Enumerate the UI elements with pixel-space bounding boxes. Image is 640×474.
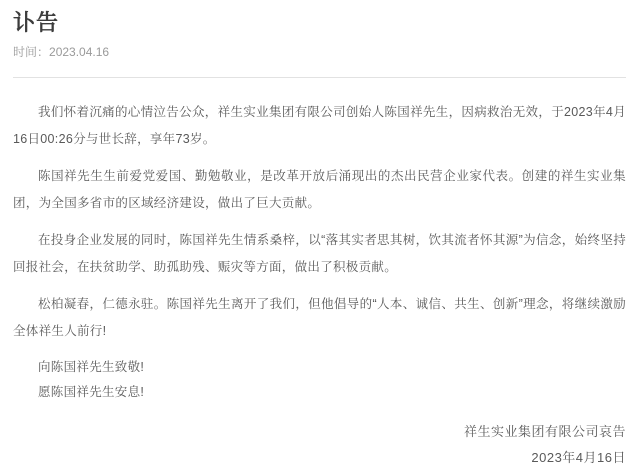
meta-line: 时间：2023.04.16 xyxy=(13,45,626,59)
meta-label: 时间： xyxy=(13,45,49,59)
salute-line-respect: 向陈国祥先生致敬! xyxy=(13,355,626,380)
salute-line-rest: 愿陈国祥先生安息! xyxy=(13,380,626,405)
obituary-page: 讣告 时间：2023.04.16 我们怀着沉痛的心情泣告公众，祥生实业集团有限公… xyxy=(0,0,640,474)
obituary-paragraph-4: 松柏凝春，仁德永驻。陈国祥先生离开了我们，但他倡导的“人本、诚信、共生、创新”理… xyxy=(13,291,626,345)
obituary-paragraph-3: 在投身企业发展的同时，陈国祥先生情系桑梓，以“落其实者思其树，饮其流者怀其源”为… xyxy=(13,227,626,281)
obituary-paragraph-2: 陈国祥先生生前爱党爱国、勤勉敬业，是改革开放后涌现出的杰出民营企业家代表。创建的… xyxy=(13,163,626,217)
signature-date: 2023年4月16日 xyxy=(13,445,626,471)
divider xyxy=(13,77,626,78)
article-body: 我们怀着沉痛的心情泣告公众，祥生实业集团有限公司创始人陈国祥先生，因病救治无效，… xyxy=(13,99,626,471)
page-title: 讣告 xyxy=(13,10,626,36)
obituary-paragraph-1: 我们怀着沉痛的心情泣告公众，祥生实业集团有限公司创始人陈国祥先生，因病救治无效，… xyxy=(13,99,626,153)
meta-date: 2023.04.16 xyxy=(49,45,109,59)
signature-org: 祥生实业集团有限公司哀告 xyxy=(13,419,626,445)
signature-block: 祥生实业集团有限公司哀告 2023年4月16日 xyxy=(13,419,626,471)
